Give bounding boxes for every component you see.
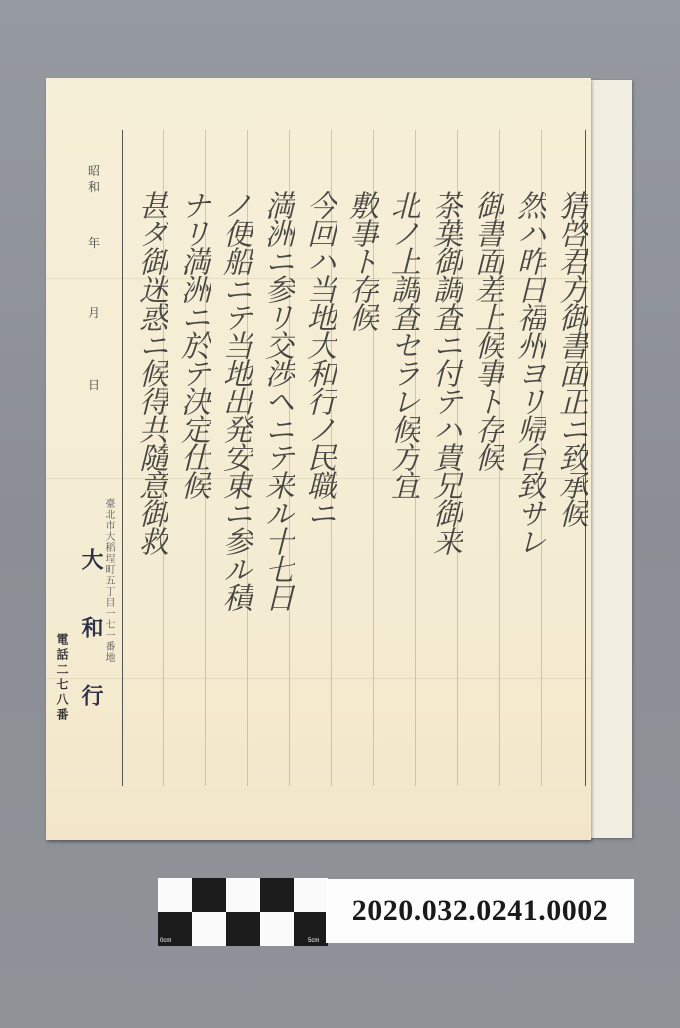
scale-cell bbox=[260, 878, 294, 912]
date-labels: 昭 和 年 月 日 bbox=[82, 163, 106, 393]
handwriting-column: 今回ハ当地大和行ノ民職ニ bbox=[296, 190, 340, 526]
handwriting-column: ナリ満洲ニ於テ決定仕候 bbox=[170, 190, 214, 498]
letterhead-company-name: 大和行 bbox=[76, 548, 107, 752]
scale-cell bbox=[294, 878, 328, 912]
scale-cell bbox=[192, 912, 226, 946]
scale-label-right: 5cm bbox=[308, 938, 319, 944]
scale-cell bbox=[226, 878, 260, 912]
scale-cell bbox=[192, 878, 226, 912]
handwriting-column: 満洲ニ参リ交渉ヘニテ来ル十七日 bbox=[254, 190, 298, 610]
color-scale-bar bbox=[158, 878, 328, 946]
handwriting-column: 猜啓君方御書面正ニ致承候 bbox=[548, 190, 592, 526]
handwriting-column: 茶葉御調査ニ付テハ貴兄御来 bbox=[422, 190, 466, 554]
scale-cell bbox=[226, 912, 260, 946]
date-label-month: 月 bbox=[88, 305, 100, 321]
date-label-day: 日 bbox=[88, 377, 100, 393]
handwriting-column: 御書面差上候事ト存候 bbox=[464, 190, 508, 470]
scale-cell bbox=[158, 878, 192, 912]
handwriting-column: 北ノ上調査セラレ候方宜 bbox=[380, 190, 424, 498]
ruled-frame: 猜啓君方御書面正ニ致承候 然ハ昨日福州ヨリ帰台致サレ 御書面差上候事ト存候 茶葉… bbox=[122, 130, 586, 786]
scale-cell bbox=[260, 912, 294, 946]
handwriting-column: 然ハ昨日福州ヨリ帰台致サレ bbox=[506, 190, 550, 554]
handwriting-column: ノ便船ニテ当地出発安東ニ参ル積 bbox=[212, 190, 256, 610]
letterhead-phone: 電話二七八番 bbox=[54, 633, 71, 723]
date-label-year: 年 bbox=[88, 235, 100, 251]
date-label-showa-1: 昭 bbox=[88, 163, 100, 179]
date-label-showa-2: 和 bbox=[88, 179, 100, 195]
accession-number-label: 2020.032.0241.0002 bbox=[326, 879, 634, 943]
scale-label-left: 0cm bbox=[160, 938, 171, 944]
handwriting-column: 甚ダ御迷惑ニ候得共隨意御救 bbox=[128, 190, 172, 554]
handwriting-column: 敷事ト存候 bbox=[338, 190, 382, 330]
letter-paper: 昭 和 年 月 日 臺北市大稻埕町五丁目一七一番地 大和行 電話二七八番 猜啓君… bbox=[46, 78, 591, 840]
